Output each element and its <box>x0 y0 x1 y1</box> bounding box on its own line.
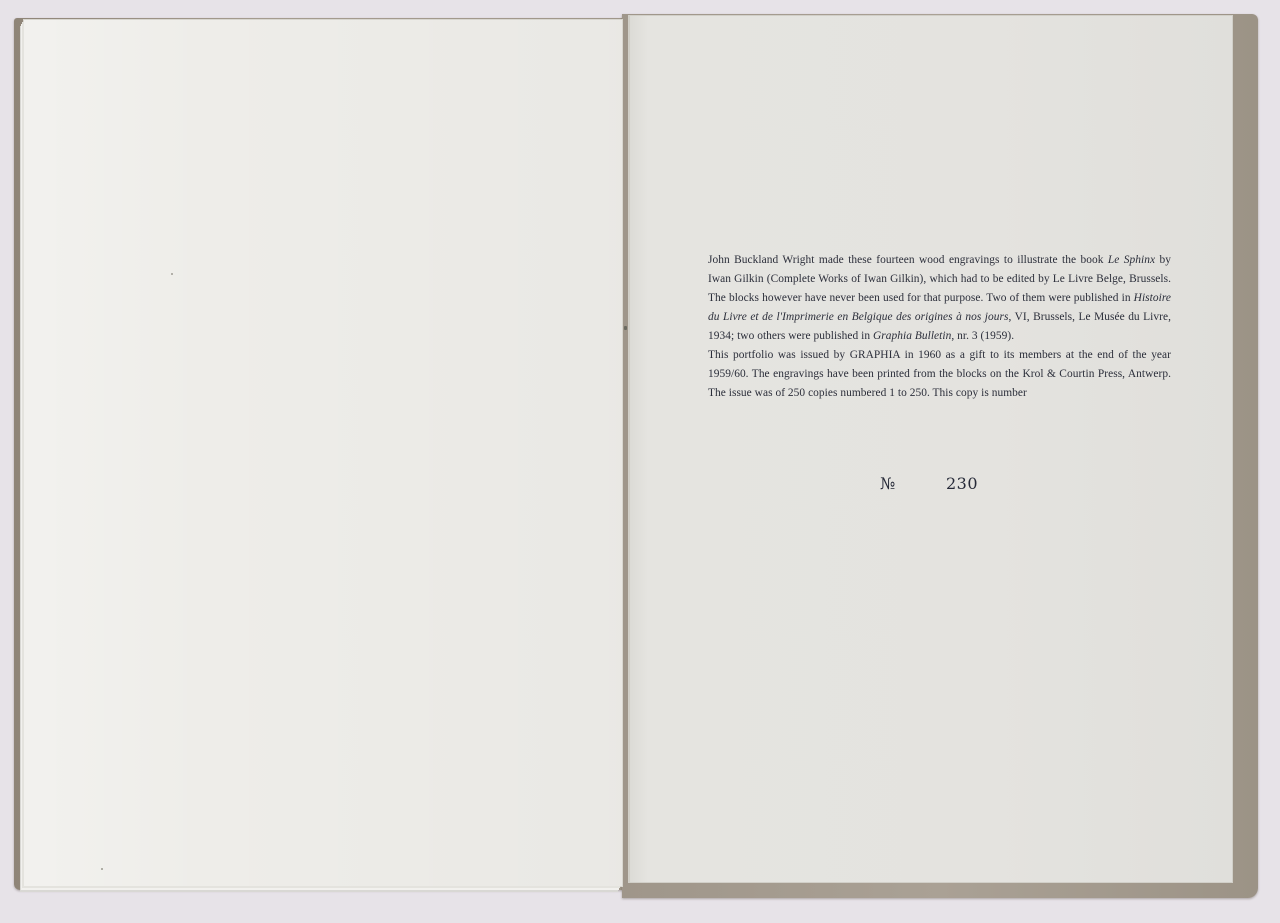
text-segment: , nr. 3 (1959). <box>951 330 1014 342</box>
paper-speck <box>101 868 103 870</box>
journal-title-graphia-bulletin: Graphia Bulletin <box>873 330 951 342</box>
copy-number: №230 <box>880 474 978 493</box>
paper-speck <box>171 273 173 275</box>
colophon-paragraph-1: John Buckland Wright made these fourteen… <box>708 251 1171 346</box>
text-segment: John Buckland Wright made these fourteen… <box>708 254 1108 266</box>
colophon-text: John Buckland Wright made these fourteen… <box>708 251 1171 403</box>
paper-speck <box>624 326 627 330</box>
colophon-paragraph-2: This portfolio was issued by GRAPHIA in … <box>708 346 1171 403</box>
left-page-stack[interactable] <box>24 20 622 886</box>
book-title-le-sphinx: Le Sphinx <box>1108 254 1155 266</box>
colophon-page[interactable]: John Buckland Wright made these fourteen… <box>629 16 1232 882</box>
numero-sign: № <box>880 474 946 493</box>
copy-number-value: 230 <box>946 474 978 493</box>
